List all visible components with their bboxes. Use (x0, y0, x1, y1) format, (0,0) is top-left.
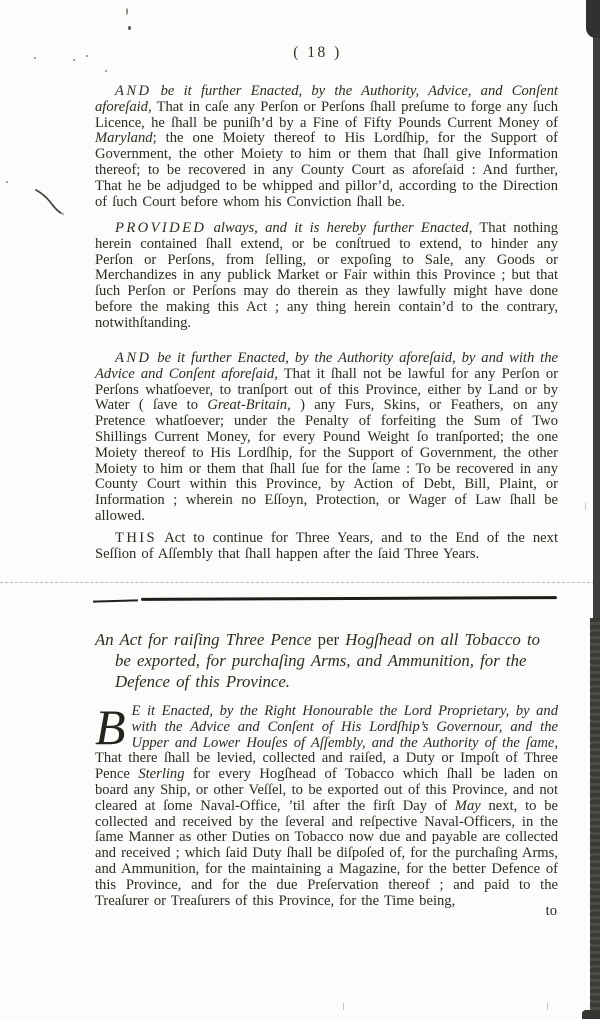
paragraph-text: That in caſe any Perſon or Perſons ſhall… (95, 99, 558, 131)
enacting-clause: E it Enacted, by the Right Honourable th… (132, 703, 558, 751)
scanned-document-page: ( 18 ) AND be it further Enacted, by the… (0, 0, 600, 1019)
book-edge-foot (582, 1010, 600, 1019)
paragraph-lead-word: THIS (115, 530, 157, 546)
book-edge-blob (586, 0, 600, 38)
ink-speck (73, 59, 75, 61)
paragraph-text: ) any Furs, Skins, or Feathers, on any P… (95, 397, 558, 524)
paragraph-act-body: BE it Enacted, by the Right Honourable t… (95, 704, 558, 909)
catchword: to (546, 903, 557, 920)
ink-speck (34, 57, 36, 59)
section-rule-main (141, 596, 557, 601)
paragraph-forge-licence: AND be it further Enacted, by the Author… (95, 84, 558, 210)
section-rule-left (93, 599, 138, 602)
act-title: An Act for raiſing Three Pence per Hogſh… (95, 629, 558, 692)
paragraph-act-duration: THIS Act to continue for Three Years, an… (95, 531, 558, 563)
paragraph-text: next, to be collected and received by th… (95, 798, 558, 909)
proper-noun-great-britain: Great-Britain, (207, 397, 290, 413)
paragraph-text: Act to continue for Three Years, and to … (95, 530, 558, 562)
paragraph-lead-word: PROVIDED (115, 220, 206, 236)
act-title-text: An Act for raiſing Three Pence (95, 630, 318, 649)
paragraph-export-furs: AND be it further Enacted, by the Author… (95, 351, 558, 525)
paragraph-lead-word: AND (115, 350, 151, 366)
pen-mark (30, 184, 70, 222)
ink-speck (6, 181, 8, 183)
paragraph-text: ; the one Moiety thereof to His Lordſhip… (95, 130, 558, 209)
book-edge-texture (590, 618, 600, 1019)
ink-speck (128, 26, 131, 30)
scan-tick (585, 503, 586, 510)
proper-noun-maryland: Maryland (95, 130, 153, 146)
act-title-roman-word: per (318, 630, 339, 649)
ink-speck (126, 8, 128, 15)
scan-tick (343, 1003, 344, 1010)
term-may: May (455, 798, 481, 814)
drop-cap-initial: B (95, 704, 132, 747)
paragraph-text: That nothing herein contained ſhall exte… (95, 220, 558, 331)
paragraph-lead-word: AND (115, 83, 151, 99)
enacting-clause: always, and it is hereby further Enacted… (206, 220, 472, 236)
paragraph-proviso: PROVIDED always, and it is hereby furthe… (95, 221, 558, 332)
scan-tick (547, 1003, 548, 1010)
scan-fold-line (0, 582, 600, 583)
term-sterling: Sterling (138, 766, 184, 782)
ink-speck (86, 55, 88, 57)
ink-speck (105, 70, 107, 72)
page-number: ( 18 ) (95, 44, 540, 62)
